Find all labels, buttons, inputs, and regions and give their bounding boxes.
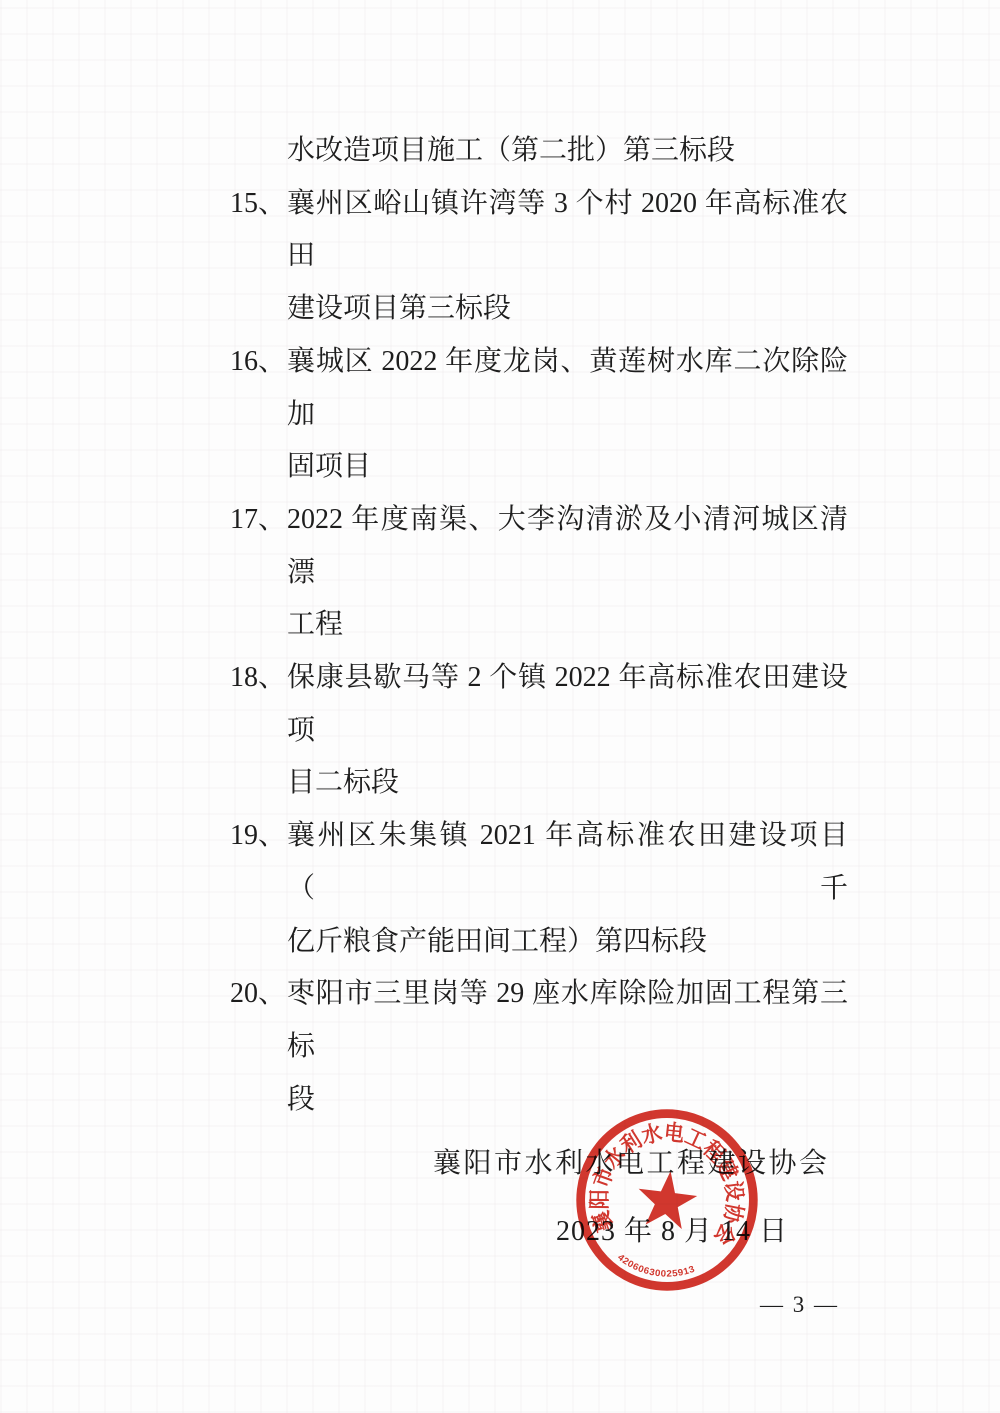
- item-line1: 枣阳市三里岗等 29 座水库除险加固工程第三标: [287, 968, 848, 1073]
- item-number: 18、: [230, 652, 286, 705]
- item-number: 16、: [230, 336, 286, 389]
- list-item-18: 18、 保康县歇马等 2 个镇 2022 年高标准农田建设项 目二标段: [230, 652, 848, 810]
- list-item-19: 19、 襄州区朱集镇 2021 年高标准农田建设项目（千 亿斤粮食产能田间工程）…: [230, 810, 848, 968]
- item-line2: 亿斤粮食产能田间工程）第四标段: [287, 916, 848, 969]
- item-line2: 目二标段: [287, 757, 848, 810]
- item-line2: 固项目: [287, 441, 848, 494]
- item-line1: 保康县歇马等 2 个镇 2022 年高标准农田建设项: [287, 652, 848, 757]
- item-number: 17、: [230, 494, 286, 547]
- item-line1: 襄州区朱集镇 2021 年高标准农田建设项目（千: [287, 810, 848, 915]
- item-line2: 建设项目第三标段: [287, 283, 848, 336]
- page-number: — 3 —: [760, 1292, 839, 1318]
- seal-star-icon: [634, 1168, 699, 1231]
- list-item-16: 16、 襄城区 2022 年度龙岗、黄莲树水库二次除险加 固项目: [230, 336, 848, 494]
- list-item-15: 15、 襄州区峪山镇许湾等 3 个村 2020 年高标准农田 建设项目第三标段: [230, 178, 848, 336]
- document-page: 水改造项目施工（第二批）第三标段 15、 襄州区峪山镇许湾等 3 个村 2020…: [0, 0, 1000, 1413]
- item-line1: 襄州区峪山镇许湾等 3 个村 2020 年高标准农田: [287, 178, 848, 283]
- item-line1: 2022 年度南渠、大李沟清淤及小清河城区清漂: [287, 494, 848, 599]
- list-item-17: 17、 2022 年度南渠、大李沟清淤及小清河城区清漂 工程: [230, 494, 848, 652]
- item-line2: 工程: [287, 599, 848, 652]
- official-seal-stamp: 襄阳市水利水电工程建设协会 42060630025913: [559, 1092, 775, 1308]
- item-line1: 襄城区 2022 年度龙岗、黄莲树水库二次除险加: [287, 336, 848, 441]
- continuation-line: 水改造项目施工（第二批）第三标段: [230, 125, 848, 178]
- item-number: 20、: [230, 968, 286, 1021]
- body-text: 水改造项目施工（第二批）第三标段 15、 襄州区峪山镇许湾等 3 个村 2020…: [230, 125, 848, 1126]
- list-item-20: 20、 枣阳市三里岗等 29 座水库除险加固工程第三标 段: [230, 968, 848, 1126]
- item-number: 19、: [230, 810, 286, 863]
- item-number: 15、: [230, 178, 286, 231]
